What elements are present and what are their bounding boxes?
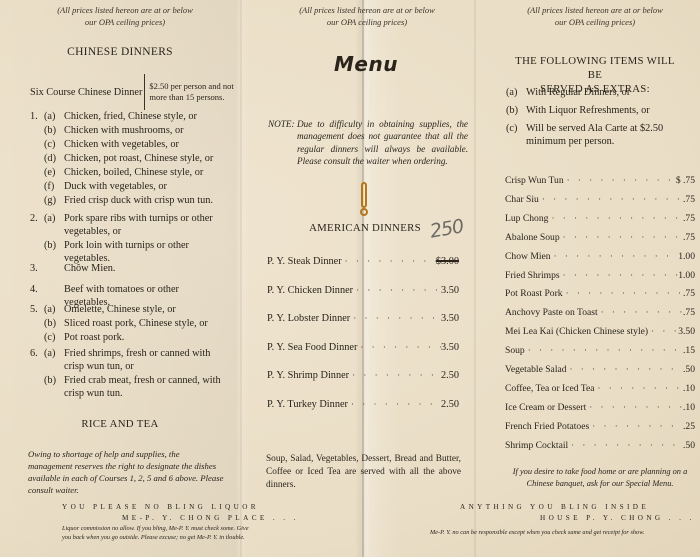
extra-item: Char Siu· · · · · · · · · · · · · · · · … xyxy=(505,194,695,205)
extra-price: .75 xyxy=(683,213,695,224)
dinner-name: P. Y. Shrimp Dinner xyxy=(267,370,349,381)
course-number xyxy=(30,194,44,207)
opa-line-2: our OPA ceiling prices) xyxy=(490,16,700,28)
dot-leader: · · · · · · · · · · · · · · · · xyxy=(342,256,436,266)
footer-left-small-2: you back when you go outside. Please exc… xyxy=(62,533,245,542)
option-text: Chôw Mien. xyxy=(64,262,226,275)
extra-name: Mei Lea Kai (Chicken Chinese style) xyxy=(505,326,648,337)
six-course-note: $2.50 per person and not more than 15 pe… xyxy=(149,81,239,103)
dot-leader: · · · · · · · · · · · · · · · · · · · · xyxy=(648,326,678,336)
opa-line-1: (All prices listed hereon are at or belo… xyxy=(490,4,700,16)
left-fold xyxy=(240,0,242,557)
course-number: 2. xyxy=(30,212,44,238)
course-number xyxy=(30,166,44,179)
footer-right-small: Me-P. Y. no can be responsible except wh… xyxy=(430,528,645,537)
option-text: Fried crisp duck with crisp wun tun. xyxy=(64,194,226,207)
dot-leader: · · · · · · · · · · · · · · · · · · · · xyxy=(563,288,683,298)
opa-line-1: (All prices listed hereon are at or belo… xyxy=(20,4,230,16)
extra-price: .10 xyxy=(683,402,695,413)
extra-price: .15 xyxy=(683,345,695,356)
dinner-price: 3.50 xyxy=(441,285,459,296)
course-option: (d)Chicken, pot roast, Chinese style, or xyxy=(30,152,226,165)
option-letter: (b) xyxy=(44,374,64,400)
dot-leader: · · · · · · · · · · · · · · · · xyxy=(353,285,441,295)
option-text: Pot roast pork. xyxy=(64,331,226,344)
course-option: 2.(a)Pork spare ribs with turnips or oth… xyxy=(30,212,226,238)
extra-name: Lup Chong xyxy=(505,213,548,224)
extra-price: 1.00 xyxy=(678,251,695,262)
dot-leader: · · · · · · · · · · · · · · · · · · · · xyxy=(595,383,684,393)
menu-title: Menu xyxy=(296,52,436,76)
extra-name: Abalone Soup xyxy=(505,232,560,243)
course-number xyxy=(30,331,44,344)
opa-line-1: (All prices listed hereon are at or belo… xyxy=(262,4,472,16)
dinner-name: P. Y. Lobster Dinner xyxy=(267,313,350,324)
dinner-price: 2.50 xyxy=(441,399,459,410)
supply-note: NOTE: Due to difficulty in obtaining sup… xyxy=(268,118,468,167)
extra-item: Pot Roast Pork· · · · · · · · · · · · · … xyxy=(505,288,695,299)
option-text: Chicken, fried, Chinese style, or xyxy=(64,110,226,123)
extra-item: Soup· · · · · · · · · · · · · · · · · · … xyxy=(505,345,695,356)
rice-and-tea-heading: RICE AND TEA xyxy=(20,418,220,430)
course-option: (g)Fried crisp duck with crisp wun tun. xyxy=(30,194,226,207)
extra-item: Fried Shrimps· · · · · · · · · · · · · ·… xyxy=(505,270,695,281)
option-letter xyxy=(44,262,64,275)
course-option: 3.Chôw Mien. xyxy=(30,262,226,275)
course-option: (f)Duck with vegetables, or xyxy=(30,180,226,193)
special-menu-line-1: If you desire to take food home or are p… xyxy=(500,466,700,478)
extras-condition: (c)Will be served Ala Carte at $2.50 min… xyxy=(506,122,686,148)
extra-item: Anchovy Paste on Toast· · · · · · · · · … xyxy=(505,307,695,318)
dot-leader: · · · · · · · · · · · · · · · · · · · · xyxy=(598,307,683,317)
extra-name: Coffee, Tea or Iced Tea xyxy=(505,383,595,394)
footer-right-line-1: ANYTHING YOU BLING INSIDE xyxy=(460,503,649,511)
opa-notice-center: (All prices listed hereon are at or belo… xyxy=(262,4,472,28)
option-letter: (b) xyxy=(44,317,64,330)
footer-right-line-2: HOUSE P. Y. CHONG . . . xyxy=(540,514,695,522)
course-number xyxy=(30,124,44,137)
course-2: 2.(a)Pork spare ribs with turnips or oth… xyxy=(30,212,226,266)
extra-price: .50 xyxy=(683,440,695,451)
extra-item: Chow Mien· · · · · · · · · · · · · · · ·… xyxy=(505,251,695,262)
option-letter: (d) xyxy=(44,152,64,165)
dot-leader: · · · · · · · · · · · · · · · · · · · · xyxy=(567,364,683,374)
extra-name: Soup xyxy=(505,345,525,356)
extra-name: Char Siu xyxy=(505,194,539,205)
dinner-name: P. Y. Chicken Dinner xyxy=(267,285,353,296)
option-text: Chicken with mushrooms, or xyxy=(64,124,226,137)
course-6: 6.(a)Fried shrimps, fresh or canned with… xyxy=(30,347,226,401)
dot-leader: · · · · · · · · · · · · · · · · · · · · xyxy=(548,213,683,223)
dinner-name: P. Y. Steak Dinner xyxy=(267,256,342,267)
extra-item: Ice Cream or Dessert· · · · · · · · · · … xyxy=(505,402,695,413)
course-option: (b)Chicken with mushrooms, or xyxy=(30,124,226,137)
option-letter: (a) xyxy=(44,303,64,316)
extra-name: French Fried Potatoes xyxy=(505,421,589,432)
extra-name: Vegetable Salad xyxy=(505,364,567,375)
extra-price: .75 xyxy=(683,288,695,299)
condition-text: With Liquor Refreshments, or xyxy=(526,104,686,117)
dinner-price: $3.00 xyxy=(436,256,459,267)
dinner-price: 3.50 xyxy=(441,342,459,353)
course-number xyxy=(30,317,44,330)
dot-leader: · · · · · · · · · · · · · · · · · · · · xyxy=(551,251,679,261)
extra-price: .25 xyxy=(683,421,695,432)
six-course-label: Six Course Chinese Dinner xyxy=(30,87,142,98)
special-menu-note: If you desire to take food home or are p… xyxy=(500,466,700,490)
condition-letter: (b) xyxy=(506,104,526,117)
condition-letter: (c) xyxy=(506,122,526,148)
dinner-price: 2.50 xyxy=(441,370,459,381)
american-dinners-heading: AMERICAN DINNERS xyxy=(300,222,430,234)
option-text: Fried crab meat, fresh or canned, with c… xyxy=(64,374,226,400)
footer-left-line-1: YOU PLEASE NO BLING LIQUOR xyxy=(62,503,259,511)
course-number xyxy=(30,180,44,193)
extra-name: Crisp Wun Tun xyxy=(505,175,564,186)
footer-left-line-2: ME-P. Y. CHONG PLACE . . . xyxy=(122,514,299,522)
served-with-note: Soup, Salad, Vegetables, Dessert, Bread … xyxy=(266,453,461,492)
dinner-item: P. Y. Chicken Dinner· · · · · · · · · · … xyxy=(267,285,459,296)
condition-text: With Regular Dinners, or xyxy=(526,86,686,99)
special-menu-line-2: Chinese banquet, ask for our Special Men… xyxy=(500,478,700,490)
extra-item: French Fried Potatoes· · · · · · · · · ·… xyxy=(505,421,695,432)
dinner-price: 3.50 xyxy=(441,313,459,324)
option-text: Duck with vegetables, or xyxy=(64,180,226,193)
course-3: 3.Chôw Mien. xyxy=(30,262,226,276)
course-number: 5. xyxy=(30,303,44,316)
chinese-dinners-heading: CHINESE DINNERS xyxy=(20,46,220,58)
dinner-item: P. Y. Turkey Dinner· · · · · · · · · · ·… xyxy=(267,399,459,410)
extra-price: .75 xyxy=(683,194,695,205)
dinner-item: P. Y. Shrimp Dinner· · · · · · · · · · ·… xyxy=(267,370,459,381)
dot-leader: · · · · · · · · · · · · · · · · · · · · xyxy=(560,270,679,280)
opa-line-2: our OPA ceiling prices) xyxy=(262,16,472,28)
extras-heading-line-1: THE FOLLOWING ITEMS WILL BE xyxy=(510,54,680,82)
extras-conditions: (a)With Regular Dinners, or(b)With Liquo… xyxy=(506,86,686,153)
dot-leader: · · · · · · · · · · · · · · · · · · · · xyxy=(560,232,683,242)
note-label: NOTE: xyxy=(268,118,295,130)
option-letter: (a) xyxy=(44,347,64,373)
dot-leader: · · · · · · · · · · · · · · · · · · · · xyxy=(568,440,683,450)
extra-item: Vegetable Salad· · · · · · · · · · · · ·… xyxy=(505,364,695,375)
extra-item: Shrimp Cocktail· · · · · · · · · · · · ·… xyxy=(505,440,695,451)
extra-name: Chow Mien xyxy=(505,251,551,262)
course-1: 1.(a)Chicken, fried, Chinese style, or(b… xyxy=(30,110,226,208)
extra-item: Crisp Wun Tun· · · · · · · · · · · · · ·… xyxy=(505,175,695,186)
dot-leader: · · · · · · · · · · · · · · · · · · · · xyxy=(589,421,683,431)
extra-item: Mei Lea Kai (Chicken Chinese style)· · ·… xyxy=(505,326,695,337)
course-option: (c)Chicken with vegetables, or xyxy=(30,138,226,151)
course-option: (e)Chicken, boiled, Chinese style, or xyxy=(30,166,226,179)
dot-leader: · · · · · · · · · · · · · · · · · · · · xyxy=(586,402,683,412)
course-number: 6. xyxy=(30,347,44,373)
extra-price: .10 xyxy=(683,383,695,394)
extra-price: .50 xyxy=(683,364,695,375)
extras-condition: (a)With Regular Dinners, or xyxy=(506,86,686,99)
course-option: 1.(a)Chicken, fried, Chinese style, or xyxy=(30,110,226,123)
condition-letter: (a) xyxy=(506,86,526,99)
extra-price: $ .75 xyxy=(676,175,695,186)
extra-name: Anchovy Paste on Toast xyxy=(505,307,598,318)
extra-item: Abalone Soup· · · · · · · · · · · · · · … xyxy=(505,232,695,243)
option-letter: (a) xyxy=(44,212,64,238)
option-text: Chicken with vegetables, or xyxy=(64,138,226,151)
dinner-name: P. Y. Sea Food Dinner xyxy=(267,342,357,353)
shortage-note: Owing to shortage of help and supplies, … xyxy=(28,448,224,496)
extra-name: Ice Cream or Dessert xyxy=(505,402,586,413)
option-letter: (a) xyxy=(44,110,64,123)
option-text: Omelette, Chinese style, or xyxy=(64,303,226,316)
course-option: (c)Pot roast pork. xyxy=(30,331,226,344)
dot-leader: · · · · · · · · · · · · · · · · · · · · xyxy=(564,175,676,185)
course-number xyxy=(30,374,44,400)
course-option: 6.(a)Fried shrimps, fresh or canned with… xyxy=(30,347,226,373)
dinner-item: P. Y. Sea Food Dinner· · · · · · · · · ·… xyxy=(267,342,459,353)
dinner-item: P. Y. Steak Dinner· · · · · · · · · · · … xyxy=(267,256,459,267)
opa-line-2: our OPA ceiling prices) xyxy=(20,16,230,28)
option-letter: (e) xyxy=(44,166,64,179)
course-number xyxy=(30,138,44,151)
extra-name: Shrimp Cocktail xyxy=(505,440,568,451)
opa-notice-left: (All prices listed hereon are at or belo… xyxy=(20,4,230,28)
course-number xyxy=(30,152,44,165)
extra-price: 1.00 xyxy=(678,270,695,281)
extra-item: Lup Chong· · · · · · · · · · · · · · · ·… xyxy=(505,213,695,224)
dot-leader: · · · · · · · · · · · · · · · · xyxy=(357,342,441,352)
course-option: 5.(a)Omelette, Chinese style, or xyxy=(30,303,226,316)
option-letter: (c) xyxy=(44,138,64,151)
dot-leader: · · · · · · · · · · · · · · · · · · · · xyxy=(539,194,683,204)
option-text: Fried shrimps, fresh or canned with cris… xyxy=(64,347,226,373)
course-number: 1. xyxy=(30,110,44,123)
extra-name: Pot Roast Pork xyxy=(505,288,563,299)
brace-icon xyxy=(144,74,145,110)
dinner-name: P. Y. Turkey Dinner xyxy=(267,399,348,410)
option-letter: (g) xyxy=(44,194,64,207)
option-text: Sliced roast pork, Chinese style, or xyxy=(64,317,226,330)
dinner-item: P. Y. Lobster Dinner· · · · · · · · · · … xyxy=(267,313,459,324)
opa-notice-right: (All prices listed hereon are at or belo… xyxy=(490,4,700,28)
extra-price: .75 xyxy=(683,232,695,243)
option-text: Chicken, boiled, Chinese style, or xyxy=(64,166,226,179)
dot-leader: · · · · · · · · · · · · · · · · xyxy=(350,313,441,323)
right-fold xyxy=(474,0,476,557)
option-letter: (c) xyxy=(44,331,64,344)
course-option: (b)Sliced roast pork, Chinese style, or xyxy=(30,317,226,330)
six-course-dinner: Six Course Chinese Dinner $2.50 per pers… xyxy=(30,74,240,110)
extra-price: 3.50 xyxy=(678,326,695,337)
course-number: 3. xyxy=(30,262,44,275)
dot-leader: · · · · · · · · · · · · · · · · xyxy=(348,399,441,409)
extra-price: .75 xyxy=(683,307,695,318)
paper-clip-icon xyxy=(358,182,370,218)
extras-condition: (b)With Liquor Refreshments, or xyxy=(506,104,686,117)
dot-leader: · · · · · · · · · · · · · · · · · · · · xyxy=(525,345,683,355)
option-letter: (b) xyxy=(44,124,64,137)
dot-leader: · · · · · · · · · · · · · · · · xyxy=(349,370,441,380)
option-text: Chicken, pot roast, Chinese style, or xyxy=(64,152,226,165)
extra-name: Fried Shrimps xyxy=(505,270,560,281)
footer-left-small-1: Liquor commission no allow. If you bling… xyxy=(62,524,249,533)
course-5: 5.(a)Omelette, Chinese style, or(b)Slice… xyxy=(30,303,226,345)
option-text: Pork spare ribs with turnips or other ve… xyxy=(64,212,226,238)
course-option: (b)Fried crab meat, fresh or canned, wit… xyxy=(30,374,226,400)
condition-text: Will be served Ala Carte at $2.50 minimu… xyxy=(526,122,686,148)
note-text: Due to difficulty in obtaining supplies,… xyxy=(268,118,468,167)
option-letter: (f) xyxy=(44,180,64,193)
extra-item: Coffee, Tea or Iced Tea· · · · · · · · ·… xyxy=(505,383,695,394)
